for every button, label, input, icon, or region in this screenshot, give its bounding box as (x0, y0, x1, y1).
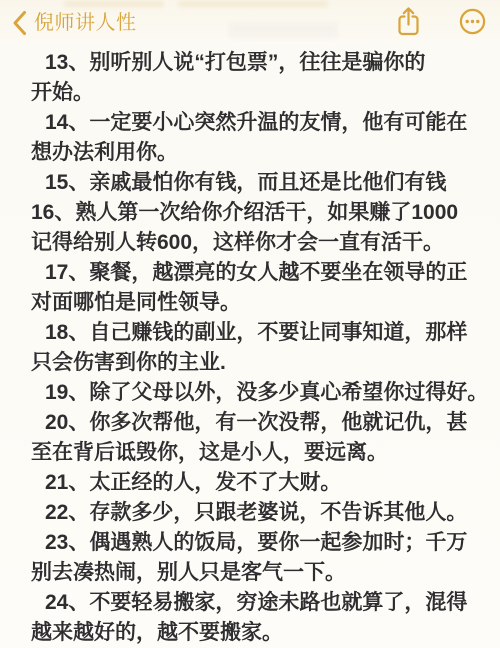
text-line: 对面哪怕是同性领导。 (31, 288, 484, 318)
text-line: 15、亲戚最怕你有钱，而且还是比他们有钱 (31, 168, 484, 198)
text-line: 22、存款多少，只跟老婆说，不告诉其他人。 (31, 498, 484, 528)
text-line: 18、自己赚钱的副业，不要让同事知道，那样 (31, 318, 484, 348)
ellipsis-circle-icon (459, 8, 486, 35)
text-line: 至在背后诋毁你，这是小人，要远离。 (31, 438, 484, 468)
more-button[interactable] (459, 8, 486, 35)
list-item: 24、不要轻易搬家，穷途未路也就算了，混得越来越好的，越不要搬家。 (31, 588, 484, 648)
text-line: 24、不要轻易搬家，穷途未路也就算了，混得 (31, 588, 484, 618)
share-button[interactable] (396, 6, 421, 37)
list-item: 20、你多次帮他，有一次没帮，他就记仇，甚至在背后诋毁你，这是小人，要远离。 (31, 408, 484, 468)
chevron-left-icon (12, 10, 27, 36)
text-line: 21、太正经的人，发不了大财。 (31, 468, 484, 498)
list-item: 19、除了父母以外，没多少真心希望你过得好。 (31, 378, 484, 408)
text-line: 想办法利用你。 (31, 138, 484, 168)
nav-bar: 倪师讲人性 (0, 0, 500, 46)
note-content[interactable]: 13、别听别人说“打包票”，往往是骗你的开始。14、一定要小心突然升温的友情，他… (31, 48, 484, 648)
list-item: 21、太正经的人，发不了大财。 (31, 468, 484, 498)
text-line: 17、聚餐，越漂亮的女人越不要坐在领导的正 (31, 258, 484, 288)
list-item: 17、聚餐，越漂亮的女人越不要坐在领导的正对面哪怕是同性领导。 (31, 258, 484, 318)
list-item: 23、偶遇熟人的饭局，要你一起参加时；千万别去凑热闹，别人只是客气一下。 (31, 528, 484, 588)
list-item: 14、一定要小心突然升温的友情，他有可能在想办法利用你。 (31, 108, 484, 168)
nav-back-title: 倪师讲人性 (34, 8, 137, 38)
nav-actions (396, 6, 486, 37)
text-line: 只会伤害到你的主业. (31, 348, 484, 378)
text-line: 开始。 (31, 78, 484, 108)
text-line: 13、别听别人说“打包票”，往往是骗你的 (31, 48, 484, 78)
back-button[interactable]: 倪师讲人性 (12, 8, 137, 38)
list-item: 18、自己赚钱的副业，不要让同事知道，那样只会伤害到你的主业. (31, 318, 484, 378)
text-line: 别去凑热闹，别人只是客气一下。 (31, 558, 484, 588)
text-line: 记得给别人转600，这样你才会一直有活干。 (31, 228, 484, 258)
text-line: 20、你多次帮他，有一次没帮，他就记仇，甚 (31, 408, 484, 438)
list-item: 13、别听别人说“打包票”，往往是骗你的开始。 (31, 48, 484, 108)
text-line: 19、除了父母以外，没多少真心希望你过得好。 (31, 378, 484, 408)
text-line: 越来越好的，越不要搬家。 (31, 618, 484, 648)
list-item: 22、存款多少，只跟老婆说，不告诉其他人。 (31, 498, 484, 528)
list-item: 15、亲戚最怕你有钱，而且还是比他们有钱 (31, 168, 484, 198)
notes-page: 倪师讲人性 (0, 0, 500, 648)
text-line: 14、一定要小心突然升温的友情，他有可能在 (31, 108, 484, 138)
text-line: 23、偶遇熟人的饭局，要你一起参加时；千万 (31, 528, 484, 558)
text-line: 16、熟人第一次给你介绍活干，如果赚了1000 (31, 198, 484, 228)
share-icon (396, 6, 421, 37)
list-item: 16、熟人第一次给你介绍活干，如果赚了1000记得给别人转600，这样你才会一直… (31, 198, 484, 258)
